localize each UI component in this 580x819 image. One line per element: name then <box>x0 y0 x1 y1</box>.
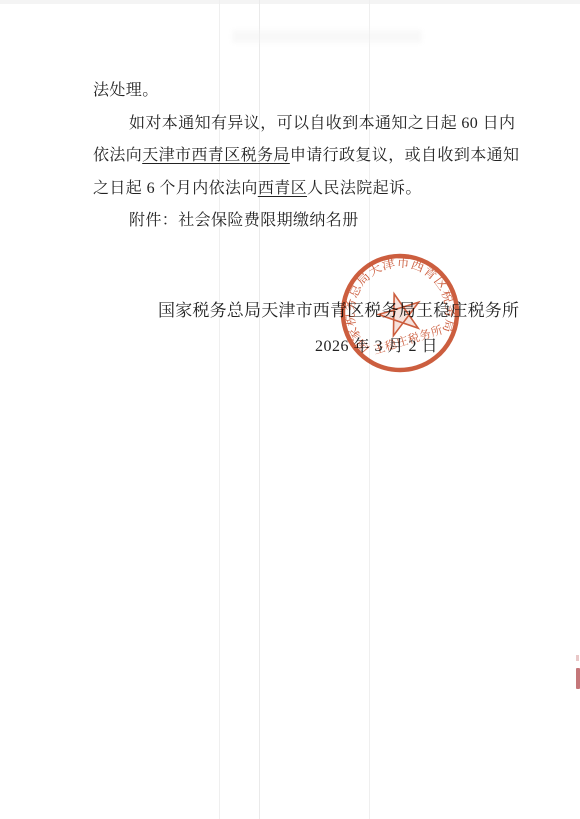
appeal-paragraph-line-1: 如对本通知有异议，可以自收到本通知之日起 60 日内 <box>129 110 515 133</box>
official-seal: 国家税务总局天津市西青区税务局 王稳庄税务所 <box>323 236 478 391</box>
seal-bottom-text: 王稳庄税务所 <box>372 323 445 357</box>
district-underlined-name: 西青区 <box>258 180 307 197</box>
attachment-line: 附件：社会保险费限期缴纳名册 <box>129 207 359 230</box>
appeal-line2-pre: 依法向 <box>93 147 142 164</box>
scan-artifact-red <box>576 655 579 661</box>
appeal-line2-post: 申请行政复议，或自收到本通知 <box>290 147 520 164</box>
appeal-paragraph-line-3: 之日起 6 个月内依法向西青区人民法院起诉。 <box>93 175 422 198</box>
appeal-paragraph-line-2: 依法向天津市西青区税务局申请行政复议，或自收到本通知 <box>93 142 519 165</box>
scan-artifact-red <box>576 668 580 689</box>
tax-bureau-underlined-name: 天津市西青区税务局 <box>142 147 290 164</box>
notice-page: 法处理。 如对本通知有异议，可以自收到本通知之日起 60 日内 依法向天津市西青… <box>0 0 580 819</box>
paragraph-continuation-line: 法处理。 <box>93 77 159 100</box>
scan-edge-artifact <box>0 0 580 4</box>
page-bleed-smudge <box>232 30 422 43</box>
appeal-line3-post: 人民法院起诉。 <box>307 180 422 197</box>
appeal-line3-pre: 之日起 6 个月内依法向 <box>93 180 258 197</box>
